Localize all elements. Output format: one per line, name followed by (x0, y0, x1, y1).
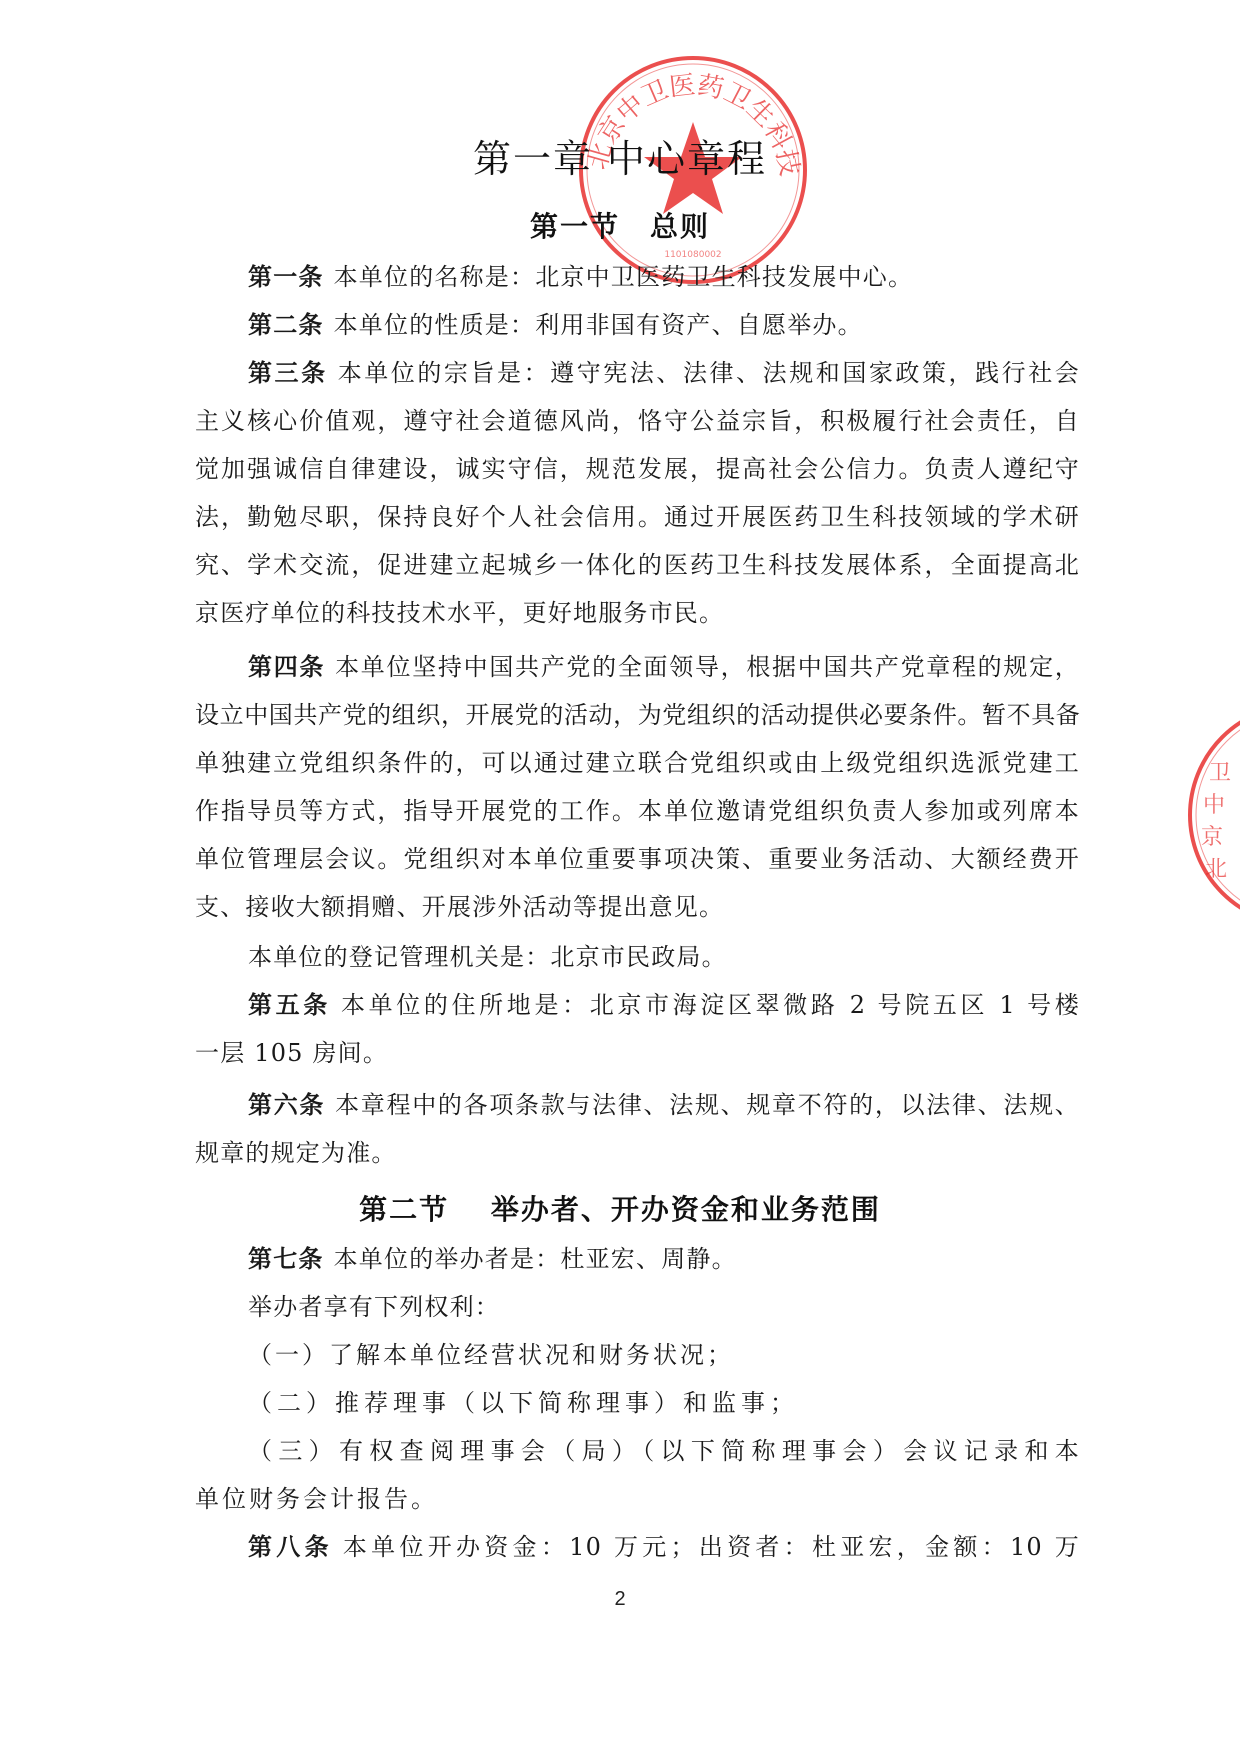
section-title-founders: 第二节 举办者、开办资金和业务范围 (0, 1188, 1240, 1228)
article-3-line: 法，勤勉尽职，保持良好个人社会信用。通过开展医药卫生科技领域的学术研 (195, 502, 1080, 532)
right-item-2: （二）推荐理事（以下简称理事）和监事； (248, 1388, 1080, 1418)
svg-text:中: 中 (1203, 793, 1225, 818)
document-page: 北京中卫医药卫生科技发展中心 1101080002 卫 中 京 北 第一章 中心… (0, 0, 1240, 1753)
section-title-general: 第一节 总则 (0, 205, 1240, 245)
article-5: 第五条本单位的住所地是：北京市海淀区翠微路 2 号院五区 1 号楼 (248, 990, 1080, 1020)
article-label: 第三条 (248, 359, 328, 387)
article-4-line: 设立中国共产党的组织，开展党的活动，为党组织的活动提供必要条件。暂不具备 (195, 700, 1080, 730)
article-6-line: 规章的规定为准。 (195, 1138, 1080, 1168)
svg-text:北: 北 (1205, 857, 1227, 882)
article-4-line: 支、接收大额捐赠、开展涉外活动等提出意见。 (195, 892, 1080, 922)
article-3: 第三条本单位的宗旨是：遵守宪法、法律、法规和国家政策，践行社会 (248, 358, 1080, 388)
cross-page-seal-icon: 卫 中 京 北 (1185, 700, 1240, 930)
svg-text:1101080002: 1101080002 (664, 250, 721, 260)
article-4-line: 单独建立党组织条件的，可以通过建立联合党组织或由上级党组织选派党建工 (195, 748, 1080, 778)
article-1: 第一条本单位的名称是：北京中卫医药卫生科技发展中心。 (248, 262, 1080, 292)
rights-intro: 举办者享有下列权利： (248, 1292, 1080, 1322)
article-4: 第四条本单位坚持中国共产党的全面领导，根据中国共产党章程的规定， (248, 652, 1080, 682)
page-number: 2 (0, 1588, 1240, 1611)
right-item-3: （三）有权查阅理事会（局）（以下简称理事会）会议记录和本 (248, 1436, 1080, 1466)
svg-text:京: 京 (1201, 825, 1223, 850)
article-3-line: 觉加强诚信自律建设，诚实守信，规范发展，提高社会公信力。负责人遵纪守 (195, 454, 1080, 484)
article-6: 第六条本章程中的各项条款与法律、法规、规章不符的，以法律、法规、 (248, 1090, 1080, 1120)
article-2: 第二条本单位的性质是：利用非国有资产、自愿举办。 (248, 310, 1080, 340)
article-3-line: 主义核心价值观，遵守社会道德风尚，恪守公益宗旨，积极履行社会责任，自 (195, 406, 1080, 436)
article-label: 第一条 (248, 263, 324, 291)
article-8: 第八条本单位开办资金：10 万元；出资者：杜亚宏，金额：10 万 (248, 1532, 1080, 1562)
article-label: 第五条 (248, 991, 331, 1019)
article-label: 第六条 (248, 1091, 325, 1119)
article-4-line: 作指导员等方式，指导开展党的工作。本单位邀请党组织负责人参加或列席本 (195, 796, 1080, 826)
registration-authority: 本单位的登记管理机关是：北京市民政局。 (248, 942, 1080, 972)
article-3-line: 京医疗单位的科技技术水平，更好地服务市民。 (195, 598, 1080, 628)
article-5-line: 一层 105 房间。 (195, 1038, 1080, 1068)
right-item-1: （一）了解本单位经营状况和财务状况； (248, 1340, 1080, 1370)
article-label: 第四条 (248, 653, 325, 681)
article-3-line: 究、学术交流，促进建立起城乡一体化的医药卫生科技发展体系，全面提高北 (195, 550, 1080, 580)
article-7: 第七条本单位的举办者是：杜亚宏、周静。 (248, 1244, 1080, 1274)
article-label: 第七条 (248, 1245, 324, 1273)
article-label: 第二条 (248, 311, 324, 339)
svg-text:卫: 卫 (1209, 761, 1231, 786)
right-item-3-line: 单位财务会计报告。 (195, 1484, 1080, 1514)
article-label: 第八条 (248, 1533, 333, 1561)
chapter-title: 第一章 中心章程 (0, 128, 1240, 183)
article-4-line: 单位管理层会议。党组织对本单位重要事项决策、重要业务活动、大额经费开 (195, 844, 1080, 874)
